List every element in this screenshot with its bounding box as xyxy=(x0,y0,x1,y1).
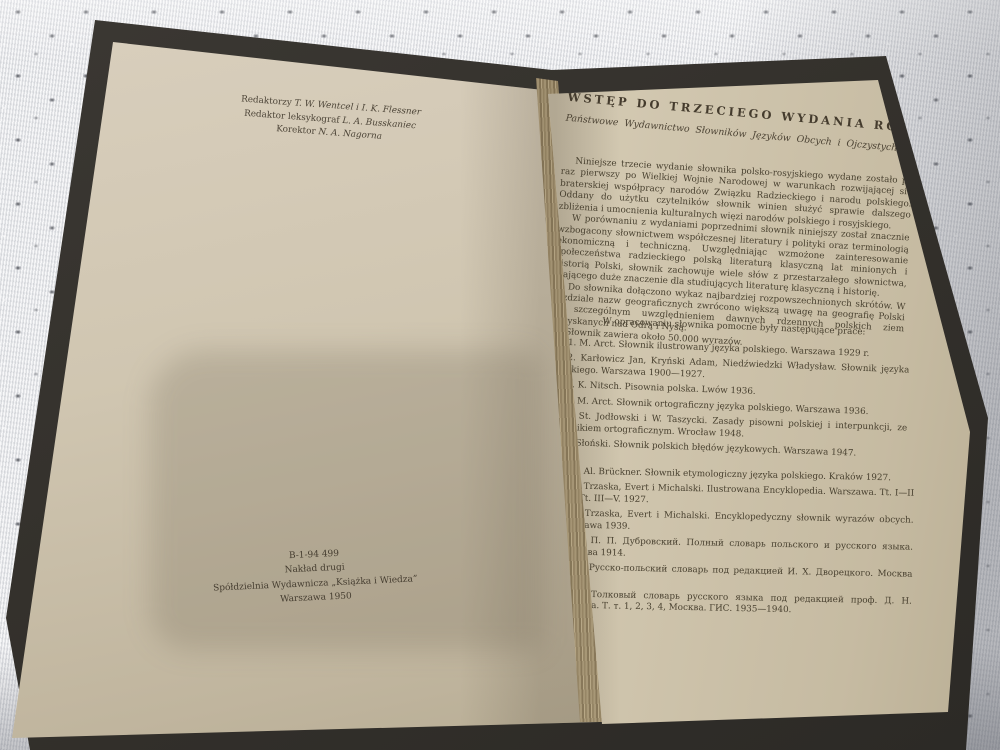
list-item: 12. Толковый словарь русского языка под … xyxy=(556,589,912,619)
photo-scene: Redaktorzy T. W. Wentcel i I. K. Flessne… xyxy=(0,0,1000,750)
editor-name: N. A. Nagorna xyxy=(318,127,382,142)
works-list-upper: 1. M. Arct. Słownik ilustrowany języka p… xyxy=(550,338,910,466)
list-item: 8. Trzaska, Evert i Michalski. Ilustrowa… xyxy=(558,482,914,512)
editor-role: Korektor xyxy=(276,124,316,137)
list-item: 11. Русско-польский словарь под редакцие… xyxy=(556,562,912,592)
editor-role: Redaktorzy xyxy=(241,94,292,108)
list-item: 10. П. П. Дубровский. Полный словарь пол… xyxy=(557,535,913,565)
chapter-header: WSTĘP DO TRZECIEGO WYDANIA ROSYJSKIEGO P… xyxy=(565,90,927,156)
list-item: 9. Trzaska, Evert i Michalski. Encyklope… xyxy=(557,509,913,539)
editors-block: Redaktorzy T. W. Wentcel i I. K. Flessne… xyxy=(204,91,456,150)
works-list-lower: 7. Al. Brückner. Słownik etymologiczny j… xyxy=(555,466,914,623)
